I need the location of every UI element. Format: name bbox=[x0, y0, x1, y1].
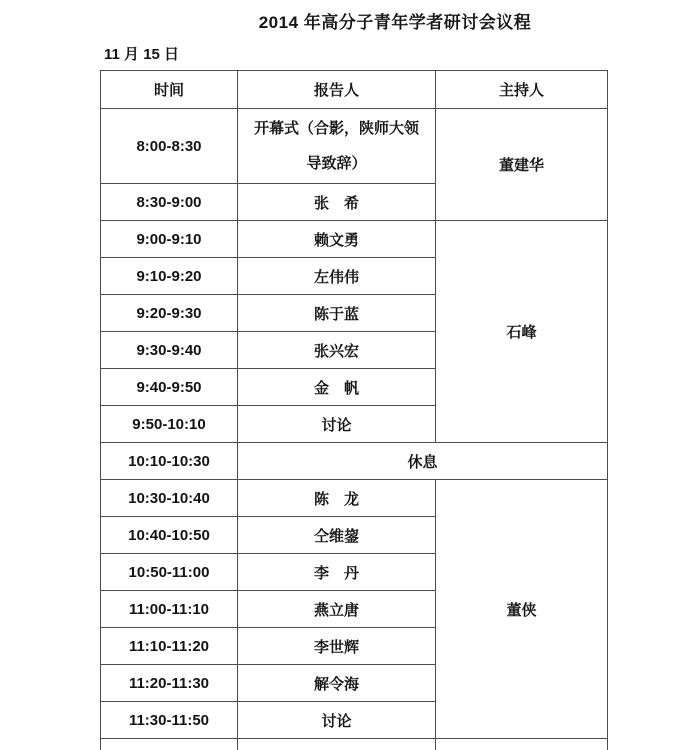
time-cell: 9:20-9:30 bbox=[101, 295, 238, 332]
speaker-cell: 讨论 bbox=[238, 702, 436, 739]
speaker-cell: 燕立唐 bbox=[238, 591, 436, 628]
table-row: 10:30-10:40陈 龙董侠 bbox=[101, 480, 608, 517]
table-row: 9:00-9:10赖文勇石峰 bbox=[101, 221, 608, 258]
column-header-chair: 主持人 bbox=[436, 71, 608, 109]
time-cell: 11:20-11:30 bbox=[101, 665, 238, 702]
speaker-cell: 陈于蓝 bbox=[238, 295, 436, 332]
time-cell: 11:10-11:20 bbox=[101, 628, 238, 665]
date-heading: 11 月 15 日 bbox=[104, 43, 179, 64]
chair-cell bbox=[436, 739, 608, 750]
table-row: 8:00-8:30开幕式（合影，陕师大领 导致辞）董建华 bbox=[101, 109, 608, 184]
speaker-cell: 李 丹 bbox=[238, 554, 436, 591]
schedule-table-head: 时间 报告人 主持人 bbox=[101, 71, 608, 109]
table-row bbox=[101, 739, 608, 750]
time-cell: 11:00-11:10 bbox=[101, 591, 238, 628]
speaker-cell: 讨论 bbox=[238, 406, 436, 443]
schedule-table-body: 8:00-8:30开幕式（合影，陕师大领 导致辞）董建华8:30-9:00张 希… bbox=[101, 109, 608, 750]
time-cell: 9:00-9:10 bbox=[101, 221, 238, 258]
schedule-table: 时间 报告人 主持人 8:00-8:30开幕式（合影，陕师大领 导致辞）董建华8… bbox=[100, 70, 608, 750]
speaker-cell: 张 希 bbox=[238, 184, 436, 221]
time-cell: 10:40-10:50 bbox=[101, 517, 238, 554]
time-cell: 10:10-10:30 bbox=[101, 443, 238, 480]
page-title: 2014 年高分子青年学者研讨会议程 bbox=[100, 8, 690, 33]
speaker-cell: 李世辉 bbox=[238, 628, 436, 665]
speaker-cell: 仝维鋆 bbox=[238, 517, 436, 554]
time-cell: 10:30-10:40 bbox=[101, 480, 238, 517]
table-row: 10:10-10:30休息 bbox=[101, 443, 608, 480]
header-row: 时间 报告人 主持人 bbox=[101, 71, 608, 109]
time-cell: 11:30-11:50 bbox=[101, 702, 238, 739]
time-cell: 9:50-10:10 bbox=[101, 406, 238, 443]
chair-cell: 董建华 bbox=[436, 109, 608, 221]
time-cell: 10:50-11:00 bbox=[101, 554, 238, 591]
speaker-cell: 左伟伟 bbox=[238, 258, 436, 295]
time-cell: 9:30-9:40 bbox=[101, 332, 238, 369]
time-cell: 9:40-9:50 bbox=[101, 369, 238, 406]
speaker-cell: 解令海 bbox=[238, 665, 436, 702]
column-header-speaker: 报告人 bbox=[238, 71, 436, 109]
time-cell: 9:10-9:20 bbox=[101, 258, 238, 295]
column-header-time: 时间 bbox=[101, 71, 238, 109]
speaker-cell: 开幕式（合影，陕师大领 导致辞） bbox=[238, 109, 436, 184]
time-cell: 8:00-8:30 bbox=[101, 109, 238, 184]
speaker-cell bbox=[238, 739, 436, 750]
time-cell bbox=[101, 739, 238, 750]
speaker-cell: 赖文勇 bbox=[238, 221, 436, 258]
chair-cell: 石峰 bbox=[436, 221, 608, 443]
speaker-cell: 金 帆 bbox=[238, 369, 436, 406]
speaker-cell: 张兴宏 bbox=[238, 332, 436, 369]
break-cell: 休息 bbox=[238, 443, 608, 480]
chair-cell: 董侠 bbox=[436, 480, 608, 739]
speaker-cell: 陈 龙 bbox=[238, 480, 436, 517]
time-cell: 8:30-9:00 bbox=[101, 184, 238, 221]
